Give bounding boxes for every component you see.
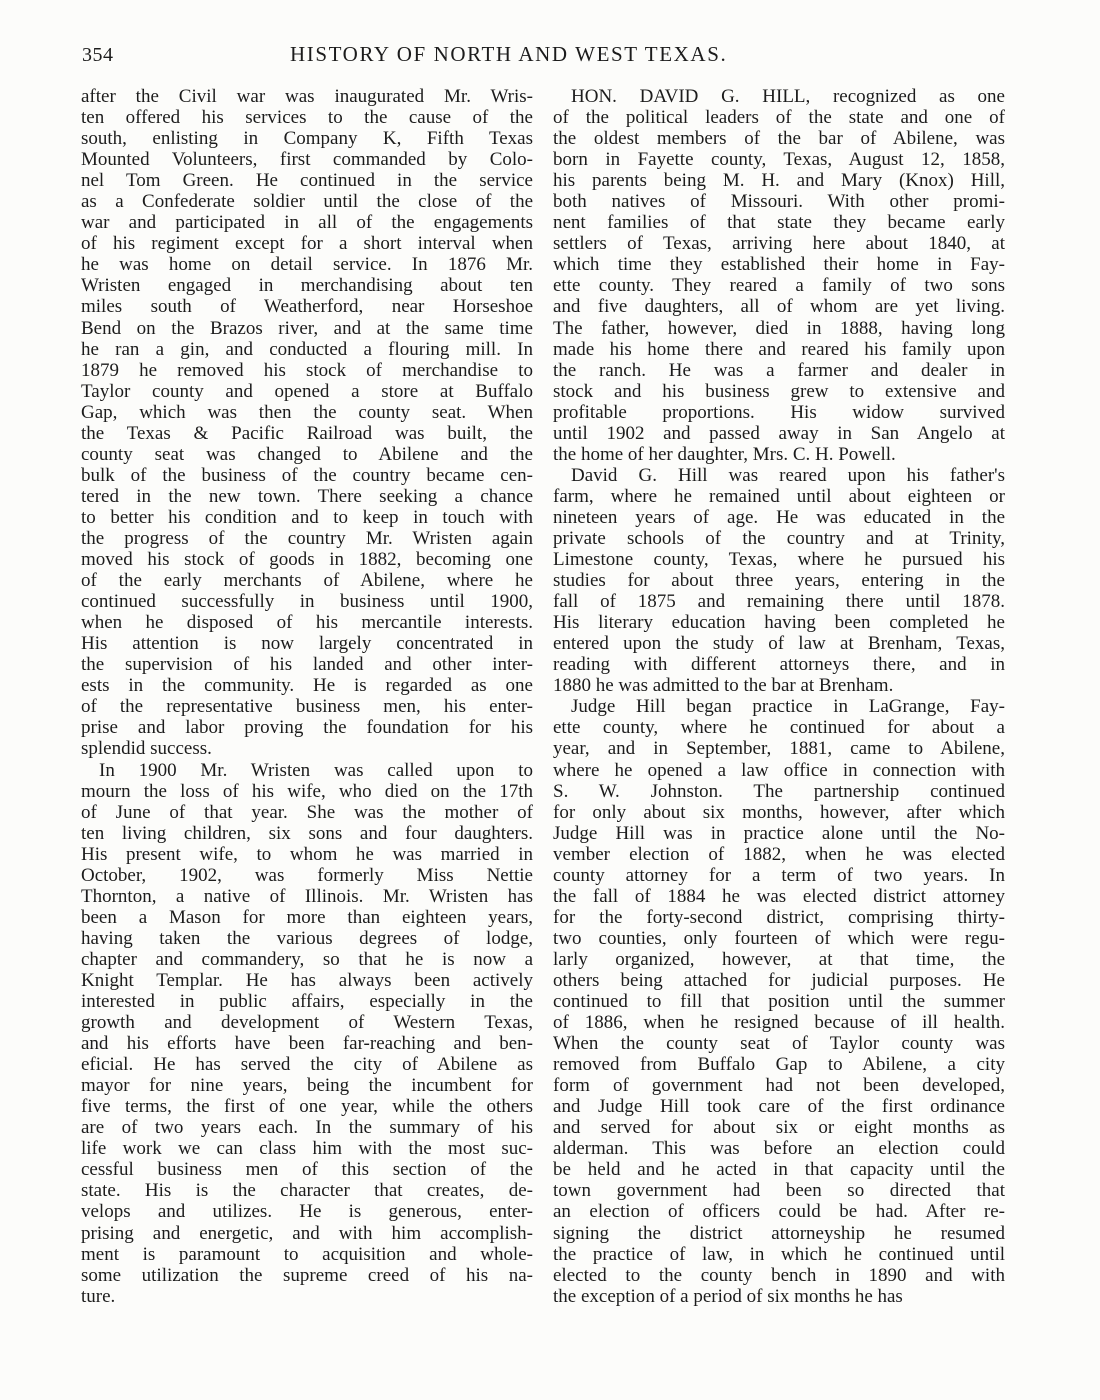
text-line: some utilization the supreme creed of hi…: [81, 1265, 533, 1286]
text-line: Judge Hill began practice in LaGrange, F…: [553, 696, 1005, 717]
text-line: the home of her daughter, Mrs. C. H. Pow…: [553, 444, 1005, 465]
text-line: the supervision of his landed and other …: [81, 654, 533, 675]
text-line: ette county, where he continued for abou…: [553, 717, 1005, 738]
text-line: Knight Templar. He has always been activ…: [81, 970, 533, 991]
text-line: Taylor county and opened a store at Buff…: [81, 381, 533, 402]
text-line: farm, where he remained until about eigh…: [553, 486, 1005, 507]
text-line: David G. Hill was reared upon his father…: [553, 465, 1005, 486]
text-line: eficial. He has served the city of Abile…: [81, 1054, 533, 1075]
text-line: he was home on detail service. In 1876 M…: [81, 254, 533, 275]
text-line: nel Tom Green. He continued in the servi…: [81, 170, 533, 191]
text-line: continued to fill that position until th…: [553, 991, 1005, 1012]
text-line: when he disposed of his mercantile inter…: [81, 612, 533, 633]
text-line: Judge Hill was in practice alone until t…: [553, 823, 1005, 844]
text-line: born in Fayette county, Texas, August 12…: [553, 149, 1005, 170]
text-line: cessful business men of this section of …: [81, 1159, 533, 1180]
text-line: the Texas & Pacific Railroad was built, …: [81, 423, 533, 444]
text-line: an election of officers could be had. Af…: [553, 1201, 1005, 1222]
text-line: county attorney for a term of two years.…: [553, 865, 1005, 886]
text-line: settlers of Texas, arriving here about 1…: [553, 233, 1005, 254]
text-line: mourn the loss of his wife, who died on …: [81, 781, 533, 802]
text-line: five terms, the first of one year, while…: [81, 1096, 533, 1117]
text-line: after the Civil war was inaugurated Mr. …: [81, 86, 533, 107]
text-line: of 1886, when he resigned because of ill…: [553, 1012, 1005, 1033]
text-line: and his efforts have been far-reaching a…: [81, 1033, 533, 1054]
text-line: nineteen years of age. He was educated i…: [553, 507, 1005, 528]
left-column: after the Civil war was inaugurated Mr. …: [81, 86, 533, 1307]
text-line: the practice of law, in which he continu…: [553, 1244, 1005, 1265]
text-line: interested in public affairs, especially…: [81, 991, 533, 1012]
text-line: velops and utilizes. He is generous, ent…: [81, 1201, 533, 1222]
text-line: 1880 he was admitted to the bar at Brenh…: [553, 675, 1005, 696]
text-line: two counties, only fourteen of which wer…: [553, 928, 1005, 949]
text-line: stock and his business grew to extensive…: [553, 381, 1005, 402]
text-line: larly organized, however, at that time, …: [553, 949, 1005, 970]
text-line: ture.: [81, 1286, 533, 1307]
text-line: made his home there and reared his famil…: [553, 339, 1005, 360]
text-line: Mounted Volunteers, first commanded by C…: [81, 149, 533, 170]
text-line: are of two years each. In the summary of…: [81, 1117, 533, 1138]
text-line: Thornton, a native of Illinois. Mr. Wris…: [81, 886, 533, 907]
text-line: Wristen engaged in merchandising about t…: [81, 275, 533, 296]
text-line: alderman. This was before an election co…: [553, 1138, 1005, 1159]
text-line: moved his stock of goods in 1882, becomi…: [81, 549, 533, 570]
text-line: south, enlisting in Company K, Fifth Tex…: [81, 128, 533, 149]
text-line: life work we can class him with the most…: [81, 1138, 533, 1159]
text-line: October, 1902, was formerly Miss Nettie: [81, 865, 533, 886]
text-line: prise and labor proving the foundation f…: [81, 717, 533, 738]
text-line: year, and in September, 1881, came to Ab…: [553, 738, 1005, 759]
text-line: Gap, which was then the county seat. Whe…: [81, 402, 533, 423]
text-line: which time they established their home i…: [553, 254, 1005, 275]
text-line: nent families of that state they became …: [553, 212, 1005, 233]
text-line: chapter and commandery, so that he is no…: [81, 949, 533, 970]
text-line: prising and energetic, and with him acco…: [81, 1223, 533, 1244]
text-line: 1879 he removed his stock of merchandise…: [81, 360, 533, 381]
text-line: vember election of 1882, when he was ele…: [553, 844, 1005, 865]
text-line: the progress of the country Mr. Wristen …: [81, 528, 533, 549]
text-line: the oldest members of the bar of Abilene…: [553, 128, 1005, 149]
text-line: splendid success.: [81, 738, 533, 759]
right-column: HON. DAVID G. HILL, recognized as oneof …: [553, 86, 1005, 1307]
text-line: Bend on the Brazos river, and at the sam…: [81, 318, 533, 339]
text-line: bulk of the business of the country beca…: [81, 465, 533, 486]
text-line: for the forty-second district, comprisin…: [553, 907, 1005, 928]
text-line: entered upon the study of law at Brenham…: [553, 633, 1005, 654]
text-line: HON. DAVID G. HILL, recognized as one: [553, 86, 1005, 107]
text-line: In 1900 Mr. Wristen was called upon to: [81, 760, 533, 781]
text-line: and served for about six or eight months…: [553, 1117, 1005, 1138]
text-line: The father, however, died in 1888, havin…: [553, 318, 1005, 339]
text-line: war and participated in all of the engag…: [81, 212, 533, 233]
text-line: continued successfully in business until…: [81, 591, 533, 612]
text-line: His attention is now largely concentrate…: [81, 633, 533, 654]
text-line: ten living children, six sons and four d…: [81, 823, 533, 844]
text-line: When the county seat of Taylor county wa…: [553, 1033, 1005, 1054]
text-line: Limestone county, Texas, where he pursue…: [553, 549, 1005, 570]
text-line: he ran a gin, and conducted a flouring m…: [81, 339, 533, 360]
text-line: miles south of Weatherford, near Horsesh…: [81, 296, 533, 317]
text-line: His present wife, to whom he was married…: [81, 844, 533, 865]
text-line: the exception of a period of six months …: [553, 1286, 1005, 1307]
text-line: signing the district attorneyship he res…: [553, 1223, 1005, 1244]
text-line: of the early merchants of Abilene, where…: [81, 570, 533, 591]
text-line: of the representative business men, his …: [81, 696, 533, 717]
text-line: fall of 1875 and remaining there until 1…: [553, 591, 1005, 612]
text-line: growth and development of Western Texas,: [81, 1012, 533, 1033]
text-line: where he opened a law office in connecti…: [553, 760, 1005, 781]
text-line: ests in the community. He is regarded as…: [81, 675, 533, 696]
text-line: been a Mason for more than eighteen year…: [81, 907, 533, 928]
text-line: the ranch. He was a farmer and dealer in: [553, 360, 1005, 381]
text-line: elected to the county bench in 1890 and …: [553, 1265, 1005, 1286]
page-number: 354: [82, 44, 114, 67]
text-line: ment is paramount to acquisition and who…: [81, 1244, 533, 1265]
text-line: profitable proportions. His widow surviv…: [553, 402, 1005, 423]
text-line: and Judge Hill took care of the first or…: [553, 1096, 1005, 1117]
text-line: county seat was changed to Abilene and t…: [81, 444, 533, 465]
text-line: having taken the various degrees of lodg…: [81, 928, 533, 949]
text-line: and five daughters, all of whom are yet …: [553, 296, 1005, 317]
text-line: town government had been so directed tha…: [553, 1180, 1005, 1201]
text-line: S. W. Johnston. The partnership continue…: [553, 781, 1005, 802]
text-line: until 1902 and passed away in San Angelo…: [553, 423, 1005, 444]
text-line: ette county. They reared a family of two…: [553, 275, 1005, 296]
text-line: the fall of 1884 he was elected district…: [553, 886, 1005, 907]
text-line: of the political leaders of the state an…: [553, 107, 1005, 128]
text-line: state. His is the character that creates…: [81, 1180, 533, 1201]
text-line: both natives of Missouri. With other pro…: [553, 191, 1005, 212]
text-line: mayor for nine years, being the incumben…: [81, 1075, 533, 1096]
text-line: studies for about three years, entering …: [553, 570, 1005, 591]
text-line: His literary education having been compl…: [553, 612, 1005, 633]
text-line: form of government had not been develope…: [553, 1075, 1005, 1096]
text-line: as a Confederate soldier until the close…: [81, 191, 533, 212]
text-line: of his regiment except for a short inter…: [81, 233, 533, 254]
text-line: ten offered his services to the cause of…: [81, 107, 533, 128]
text-line: be held and he acted in that capacity un…: [553, 1159, 1005, 1180]
text-line: removed from Buffalo Gap to Abilene, a c…: [553, 1054, 1005, 1075]
text-line: others being attached for judicial purpo…: [553, 970, 1005, 991]
text-line: his parents being M. H. and Mary (Knox) …: [553, 170, 1005, 191]
text-line: tered in the new town. There seeking a c…: [81, 486, 533, 507]
text-line: for only about six months, however, afte…: [553, 802, 1005, 823]
text-line: reading with different attorneys there, …: [553, 654, 1005, 675]
text-line: to better his condition and to keep in t…: [81, 507, 533, 528]
running-head: HISTORY OF NORTH AND WEST TEXAS.: [290, 42, 727, 67]
text-line: private schools of the country and at Tr…: [553, 528, 1005, 549]
text-line: of June of that year. She was the mother…: [81, 802, 533, 823]
